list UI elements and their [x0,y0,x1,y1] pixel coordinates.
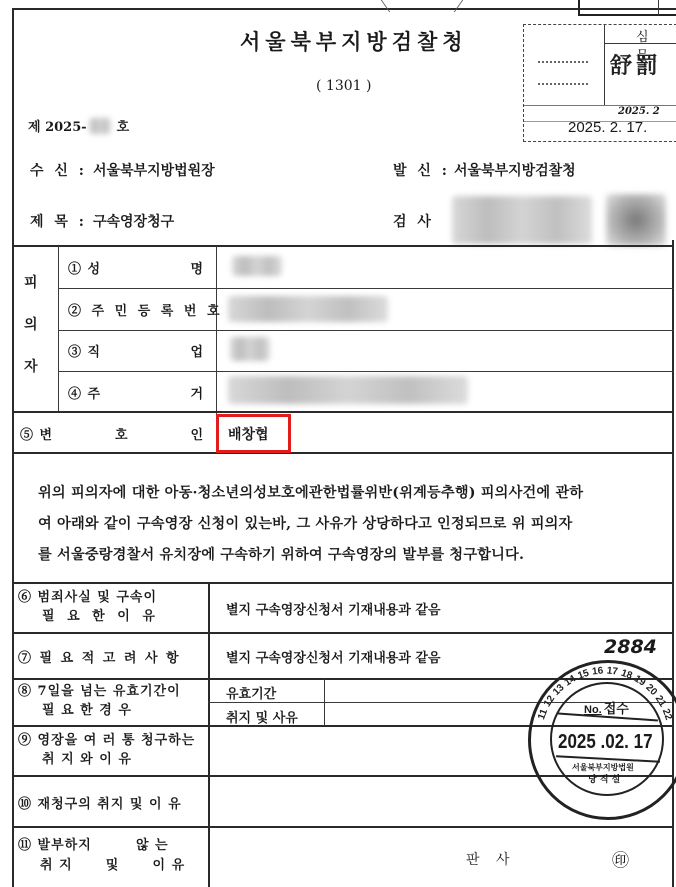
row-divider [12,632,674,634]
section-6-value: 별지 구속영장신청서 기재내용과 같음 [226,599,441,618]
label-line: ⑪ 발부하지 않 는 [18,836,185,856]
paragraph-line: 여 아래와 같이 구속영장 신청이 있는바, 그 사유가 상당하다고 인정되므로… [38,509,658,540]
suspect-group-divider [58,246,59,412]
label-text: ⑤ 변 [20,424,53,443]
row-divider [58,371,674,372]
fold-mark [361,0,390,12]
label-text: 인 [190,424,204,443]
name-label: ① 성 명 [68,258,204,277]
section-label-divider [208,583,210,887]
stamp-ring-number: 20 [643,682,659,698]
document-number: 제 2025- 호 [28,116,129,135]
stamp-ring-number: 14 [563,673,579,688]
row-divider [12,582,674,584]
purpose-reason-label: 취지 및 사유 [226,707,298,726]
receipt-stamp-box: 심 문 舒 罰 2025. 2 2025. 2. 17. [523,24,676,142]
label-text: ④ 주 [68,383,101,402]
validity-period-label: 유효기간 [226,683,276,702]
section-11-label: ⑪ 발부하지 않 는 취 지 및 이 유 [18,836,185,876]
label-text: 명 [190,258,204,277]
label-line: ⑨ 영장을 여 러 통 청구하는 [18,731,195,750]
section-10-label: ⑩ 재청구의 취지 및 이 유 [18,793,182,812]
label-text: ① 성 [68,258,101,277]
judge-label: 판 사 [466,849,516,869]
dotted-print [538,61,588,85]
section-7-value: 별지 구속영장신청서 기재내용과 같음 [226,647,441,666]
document-code: ( 1301 ) [316,78,371,94]
stamp-ring-number: 11 [536,707,550,721]
stamp-office-2: 당 직 실 [588,772,620,785]
stamp-title: 접수 [604,698,629,717]
fold-mark [454,0,483,12]
label-line: 필 요 한 경 우 [18,701,181,720]
subject-label: 제 목 : [30,211,87,231]
redacted-prosecutor-seal [606,194,666,246]
stamp-box-date: 2025. 2. 17. [568,119,647,136]
judge-seal-mark: ㊞ [612,846,629,871]
stamp-box-divider [604,25,605,105]
paragraph-line: 위의 피의자에 대한 아동·청소년의성보호에관한법률위반(위계등추행) 피의사건… [38,478,658,509]
subject-value: 구속영장청구 [93,211,174,231]
signature-mark: 舒 罰 [610,49,656,80]
stamp-ring-number: 17 [606,665,619,677]
redacted-document-number [89,118,111,134]
stamp-ring-number: 12 [542,693,558,709]
resident-number-label: ② 주 민 등 록 번 호 [68,300,223,319]
recipient: 수 신 : 서울북부지방법원장 [30,160,215,180]
handwritten-date: 2025. 2 [618,106,660,117]
prosecutor-label: 검 사 [393,211,434,231]
redacted-name [232,256,282,276]
request-paragraph: 위의 피의자에 대한 아동·청소년의성보호에관한법률위반(위계등추행) 피의사건… [38,478,658,571]
document-number-prefix: 제 2025- [28,116,87,135]
stamp-ring-number: 19 [632,673,648,688]
redacted-prosecutor-name [452,196,592,244]
paragraph-line: 를 서울중랑경찰서 유치장에 구속하기 위하여 구속영장의 발부를 청구합니다. [38,540,658,571]
left-border [12,8,14,887]
suspect-group-label: 피 의 자 [24,272,38,376]
row-divider [58,288,674,289]
sender-label: 발 신 : [393,160,450,180]
label-line: ⑥ 범죄사실 및 구속이 [18,588,159,607]
row-divider [12,411,674,413]
stamp-ring-number: 22 [660,707,674,722]
top-border [12,8,676,10]
section-9-label: ⑨ 영장을 여 러 통 청구하는 취 지 와 이 유 [18,731,195,769]
suspect-group-char: 피 [24,272,38,292]
stamp-ring-number: 18 [619,668,634,682]
redacted-occupation [230,337,270,361]
handwritten-number: 2884 [604,636,657,658]
occupation-label: ③ 직 업 [68,341,204,360]
redacted-resident-number [228,296,388,322]
label-text: 호 [115,424,129,443]
label-line: ⑧ 7일을 넘는 유효기간이 [18,682,181,701]
section-7-label: ⑦ 필 요 적 고 려 사 항 [18,647,181,666]
redacted-address [228,376,468,404]
stamp-ring-number: 21 [653,694,669,710]
top-right-box-divider [658,0,659,15]
stamp-ring-number: 15 [576,668,591,682]
reception-stamp: 111213141516171819202122 No. 접수 2025 .02… [528,660,676,820]
row-divider [12,452,674,454]
section-6-label: ⑥ 범죄사실 및 구속이 필 요 한 이 유 [18,588,159,626]
label-line: 취 지 와 이 유 [18,750,195,769]
table-top-border [12,245,674,247]
recipient-value: 서울북부지방법원장 [93,160,215,180]
stamp-ring-number: 13 [551,682,567,698]
suspect-group-char: 의 [24,314,38,334]
row-divider [12,826,674,828]
document-number-suffix: 호 [117,116,130,135]
sender: 발 신 : 서울북부지방검찰청 [393,160,576,180]
label-line: 필 요 한 이 유 [18,607,159,626]
lawyer-name: 배창협 [228,424,269,444]
section-8-label: ⑧ 7일을 넘는 유효기간이 필 요 한 경 우 [18,682,181,720]
label-text: 거 [190,383,204,402]
suspect-group-char: 자 [24,356,38,376]
sender-value: 서울북부지방검찰청 [454,160,576,180]
subject: 제 목 : 구속영장청구 [30,211,174,231]
row-divider [58,330,674,331]
stamp-ring-number: 16 [592,665,605,677]
top-right-box [578,0,676,16]
address-label: ④ 주 거 [68,383,204,402]
label-text: ③ 직 [68,341,101,360]
label-text: 업 [190,341,204,360]
stamp-date: 2025 .02. 17 [558,730,653,754]
lawyer-label: ⑤ 변 호 인 [20,424,204,443]
label-line: 취 지 및 이 유 [18,856,185,876]
sub-label-divider [324,679,325,725]
agency-title: 서울북부지방검찰청 [240,26,468,56]
recipient-label: 수 신 : [30,160,87,180]
